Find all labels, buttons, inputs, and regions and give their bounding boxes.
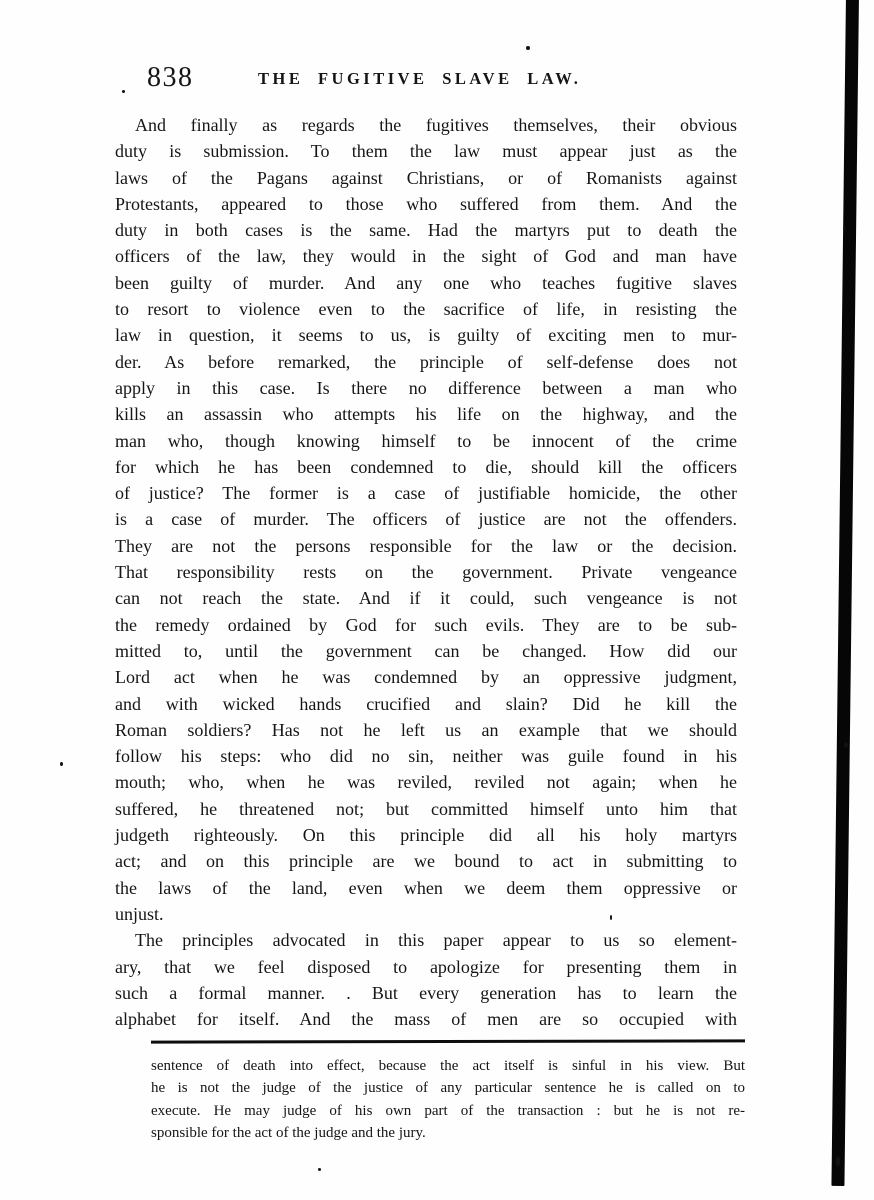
text-line: judgeth righteously. On this principle d…	[115, 822, 737, 848]
text-line: Protestants, appeared to those who suffe…	[115, 191, 737, 217]
text-line: mouth; who, when he was reviled, reviled…	[115, 769, 737, 795]
scanned-book-page: 838 THE FUGITIVE SLAVE LAW. And finally …	[0, 0, 874, 1200]
scan-gutter-shadow	[831, 0, 859, 1186]
text-line: act; and on this principle are we bound …	[115, 848, 737, 874]
text-line: the laws of the land, even when we deem …	[115, 875, 737, 901]
text-line: apply in this case. Is there no differen…	[115, 375, 737, 401]
ink-speck	[836, 1157, 840, 1166]
text-line: officers of the law, they would in the s…	[115, 243, 737, 269]
text-line: Lord act when he was condemned by an opp…	[115, 664, 737, 690]
text-line: alphabet for itself. And the mass of men…	[115, 1006, 737, 1032]
running-title: THE FUGITIVE SLAVE LAW.	[258, 69, 581, 89]
ink-speck	[318, 1168, 321, 1171]
text-line: duty is submission. To them the law must…	[115, 138, 737, 164]
text-line: such a formal manner. . But every genera…	[115, 980, 737, 1006]
paragraph-1: And finally as regards the fugitives the…	[115, 112, 737, 927]
text-line: unjust.	[115, 901, 737, 927]
text-line: and with wicked hands crucified and slai…	[115, 691, 737, 717]
text-line: The principles advocated in this paper a…	[115, 927, 737, 953]
text-line: to resort to violence even to the sacrif…	[115, 296, 737, 322]
text-line: And finally as regards the fugitives the…	[115, 112, 737, 138]
ink-speck	[844, 742, 848, 748]
footnote-text: sentence of death into effect, because t…	[151, 1055, 745, 1145]
text-line: laws of the Pagans against Christians, o…	[115, 165, 737, 191]
text-line: That responsibility rests on the governm…	[115, 559, 737, 585]
ink-speck	[843, 226, 846, 231]
text-line: can not reach the state. And if it could…	[115, 585, 737, 611]
text-line: is a case of murder. The officers of jus…	[115, 506, 737, 532]
ink-speck	[526, 46, 530, 50]
text-line: mitted to, until the government can be c…	[115, 638, 737, 664]
footnote-line: sponsible for the act of the judge and t…	[151, 1122, 745, 1145]
text-line: kills an assassin who attempts his life …	[115, 401, 737, 427]
text-line: They are not the persons responsible for…	[115, 533, 737, 559]
body-text: And finally as regards the fugitives the…	[115, 112, 737, 1032]
text-line: der. As before remarked, the principle o…	[115, 349, 737, 375]
text-line: of justice? The former is a case of just…	[115, 480, 737, 506]
text-line: Roman soldiers? Has not he left us an ex…	[115, 717, 737, 743]
text-line: follow his steps: who did no sin, neithe…	[115, 743, 737, 769]
footnote-line: he is not the judge of the justice of an…	[151, 1077, 745, 1100]
footnote-block: sentence of death into effect, because t…	[151, 1040, 745, 1145]
text-line: suffered, he threatened not; but committ…	[115, 796, 737, 822]
text-line: ary, that we feel disposed to apologize …	[115, 954, 737, 980]
footnote-line: sentence of death into effect, because t…	[151, 1055, 745, 1078]
ink-speck	[122, 90, 125, 93]
text-line: the remedy ordained by God for such evil…	[115, 612, 737, 638]
text-line: man who, though knowing himself to be in…	[115, 428, 737, 454]
text-line: duty in both cases is the same. Had the …	[115, 217, 737, 243]
paragraph-2: The principles advocated in this paper a…	[115, 927, 737, 1032]
footnote-line: execute. He may judge of his own part of…	[151, 1100, 745, 1123]
text-line: for which he has been condemned to die, …	[115, 454, 737, 480]
text-line: law in question, it seems to us, is guil…	[115, 322, 737, 348]
page-number: 838	[147, 62, 194, 94]
ink-speck	[60, 762, 63, 766]
footnote-separator-rule	[151, 1039, 745, 1043]
text-line: been guilty of murder. And any one who t…	[115, 270, 737, 296]
